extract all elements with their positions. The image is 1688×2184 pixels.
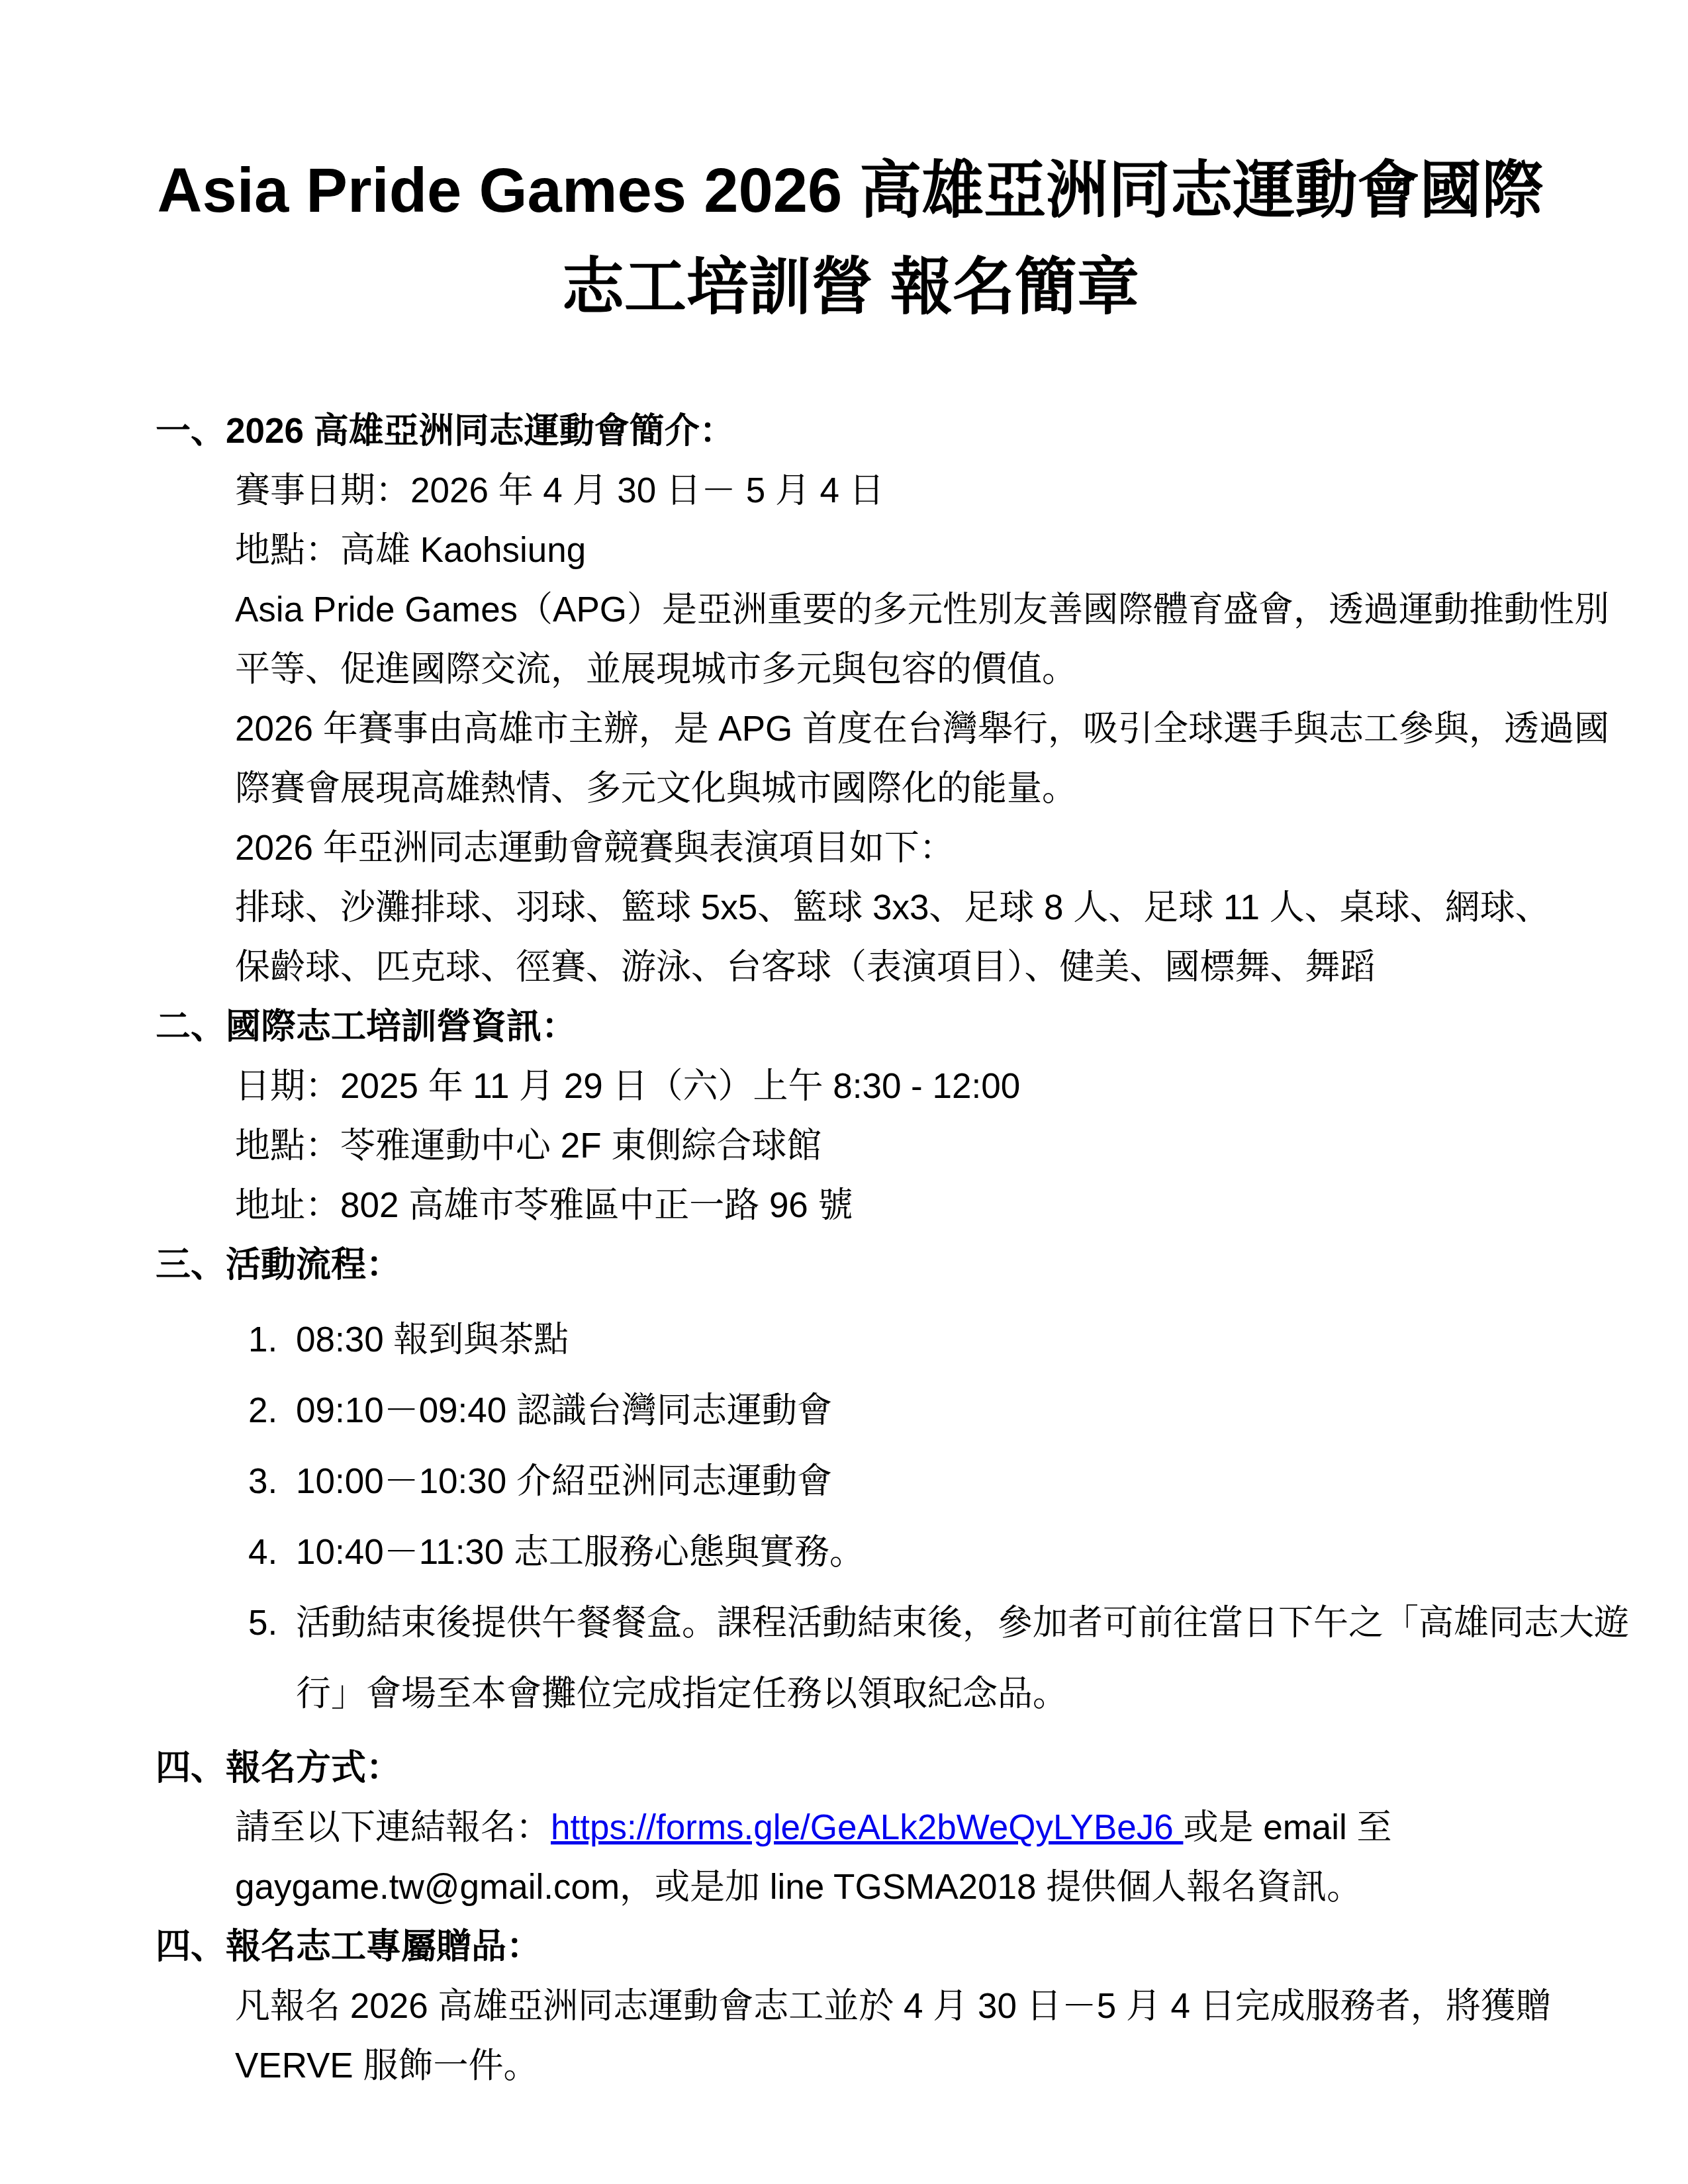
schedule-item-5: 5. 活動結束後提供午餐餐盒。課程活動結束後，參加者可前往當日下午之「高雄同志大… bbox=[156, 1588, 1546, 1729]
schedule-item-3: 3. 10:00－10:30 介紹亞洲同志運動會 bbox=[156, 1446, 1546, 1517]
registration-form-link[interactable]: https://forms.gle/GeALk2bWeQyLYBeJ6 bbox=[551, 1808, 1183, 1847]
schedule-item-1: 1. 08:30 報到與茶點 bbox=[156, 1304, 1546, 1375]
schedule-list: 1. 08:30 報到與茶點 2. 09:10－09:40 認識台灣同志運動會 … bbox=[156, 1304, 1546, 1729]
body-line: Asia Pride Games（APG）是亞洲重要的多元性別友善國際體育盛會，… bbox=[156, 580, 1546, 640]
item-number: 5. bbox=[248, 1588, 296, 1729]
section-camp-info: 二、國際志工培訓營資訊： 日期：2025 年 11 月 29 日（六）上午 8:… bbox=[156, 997, 1546, 1236]
title-line-2: 志工培訓營 報名簡章 bbox=[156, 239, 1546, 336]
item-text: 行」會場至本會攤位完成指定任務以領取紀念品。 bbox=[296, 1659, 1629, 1729]
body-line: 2026 年賽事由高雄市主辦，是 APG 首度在台灣舉行，吸引全球選手與志工參與… bbox=[156, 700, 1546, 759]
document-title: Asia Pride Games 2026 高雄亞洲同志運動會國際 志工培訓營 … bbox=[156, 142, 1546, 336]
link-suffix-text: 或是 email 至 bbox=[1183, 1808, 1391, 1847]
title-line-1: Asia Pride Games 2026 高雄亞洲同志運動會國際 bbox=[156, 142, 1546, 239]
item-text: 活動結束後提供午餐餐盒。課程活動結束後，參加者可前往當日下午之「高雄同志大遊 bbox=[296, 1588, 1629, 1659]
section-registration: 四、報名方式： 請至以下連結報名：https://forms.gle/GeALk… bbox=[156, 1739, 1546, 1917]
body-line: 賽事日期：2026 年 4 月 30 日－ 5 月 4 日 bbox=[156, 461, 1546, 521]
item-text: 10:00－10:30 介紹亞洲同志運動會 bbox=[296, 1462, 832, 1501]
schedule-item-4: 4. 10:40－11:30 志工服務心態與實務。 bbox=[156, 1517, 1546, 1588]
item-number: 4. bbox=[248, 1517, 296, 1588]
item-number: 2. bbox=[248, 1375, 296, 1446]
registration-link-line: 請至以下連結報名：https://forms.gle/GeALk2bWeQyLY… bbox=[156, 1798, 1546, 1858]
item-number: 1. bbox=[248, 1304, 296, 1375]
body-line: 日期：2025 年 11 月 29 日（六）上午 8:30 - 12:00 bbox=[156, 1057, 1546, 1116]
section-heading-schedule: 三、活動流程： bbox=[156, 1236, 1546, 1295]
section-heading-registration: 四、報名方式： bbox=[156, 1739, 1546, 1798]
item-text: 10:40－11:30 志工服務心態與實務。 bbox=[296, 1533, 865, 1572]
body-line: 2026 年亞洲同志運動會競賽與表演項目如下： bbox=[156, 819, 1546, 878]
body-line: 地點：苓雅運動中心 2F 東側綜合球館 bbox=[156, 1116, 1546, 1176]
document-page: Asia Pride Games 2026 高雄亞洲同志運動會國際 志工培訓營 … bbox=[0, 0, 1688, 2184]
link-prefix-text: 請至以下連結報名： bbox=[235, 1808, 551, 1847]
section-gift: 四、報名志工專屬贈品： 凡報名 2026 高雄亞洲同志運動會志工並於 4 月 3… bbox=[156, 1917, 1546, 2096]
item-text: 08:30 報到與茶點 bbox=[296, 1320, 569, 1359]
body-line: 平等、促進國際交流，並展現城市多元與包容的價值。 bbox=[156, 640, 1546, 700]
body-line: 排球、沙灘排球、羽球、籃球 5x5、籃球 3x3、足球 8 人、足球 11 人、… bbox=[156, 878, 1546, 938]
body-line: gaygame.tw@gmail.com，或是加 line TGSMA2018 … bbox=[156, 1858, 1546, 1917]
body-line: 保齡球、匹克球、徑賽、游泳、台客球（表演項目）、健美、國標舞、舞蹈 bbox=[156, 938, 1546, 997]
section-intro: 一、2026 高雄亞洲同志運動會簡介： 賽事日期：2026 年 4 月 30 日… bbox=[156, 402, 1546, 997]
section-heading-camp-info: 二、國際志工培訓營資訊： bbox=[156, 997, 1546, 1057]
schedule-item-2: 2. 09:10－09:40 認識台灣同志運動會 bbox=[156, 1375, 1546, 1446]
body-line: VERVE 服飾一件。 bbox=[156, 2036, 1546, 2096]
body-line: 凡報名 2026 高雄亞洲同志運動會志工並於 4 月 30 日－5 月 4 日完… bbox=[156, 1977, 1546, 2036]
section-heading-gift: 四、報名志工專屬贈品： bbox=[156, 1917, 1546, 1977]
body-line: 地址：802 高雄市苓雅區中正一路 96 號 bbox=[156, 1176, 1546, 1236]
item-number: 3. bbox=[248, 1446, 296, 1517]
section-schedule: 三、活動流程： 1. 08:30 報到與茶點 2. 09:10－09:40 認識… bbox=[156, 1236, 1546, 1729]
body-line: 際賽會展現高雄熱情、多元文化與城市國際化的能量。 bbox=[156, 759, 1546, 819]
body-line: 地點：高雄 Kaohsiung bbox=[156, 521, 1546, 580]
section-heading-intro: 一、2026 高雄亞洲同志運動會簡介： bbox=[156, 402, 1546, 461]
item-text: 09:10－09:40 認識台灣同志運動會 bbox=[296, 1391, 832, 1430]
